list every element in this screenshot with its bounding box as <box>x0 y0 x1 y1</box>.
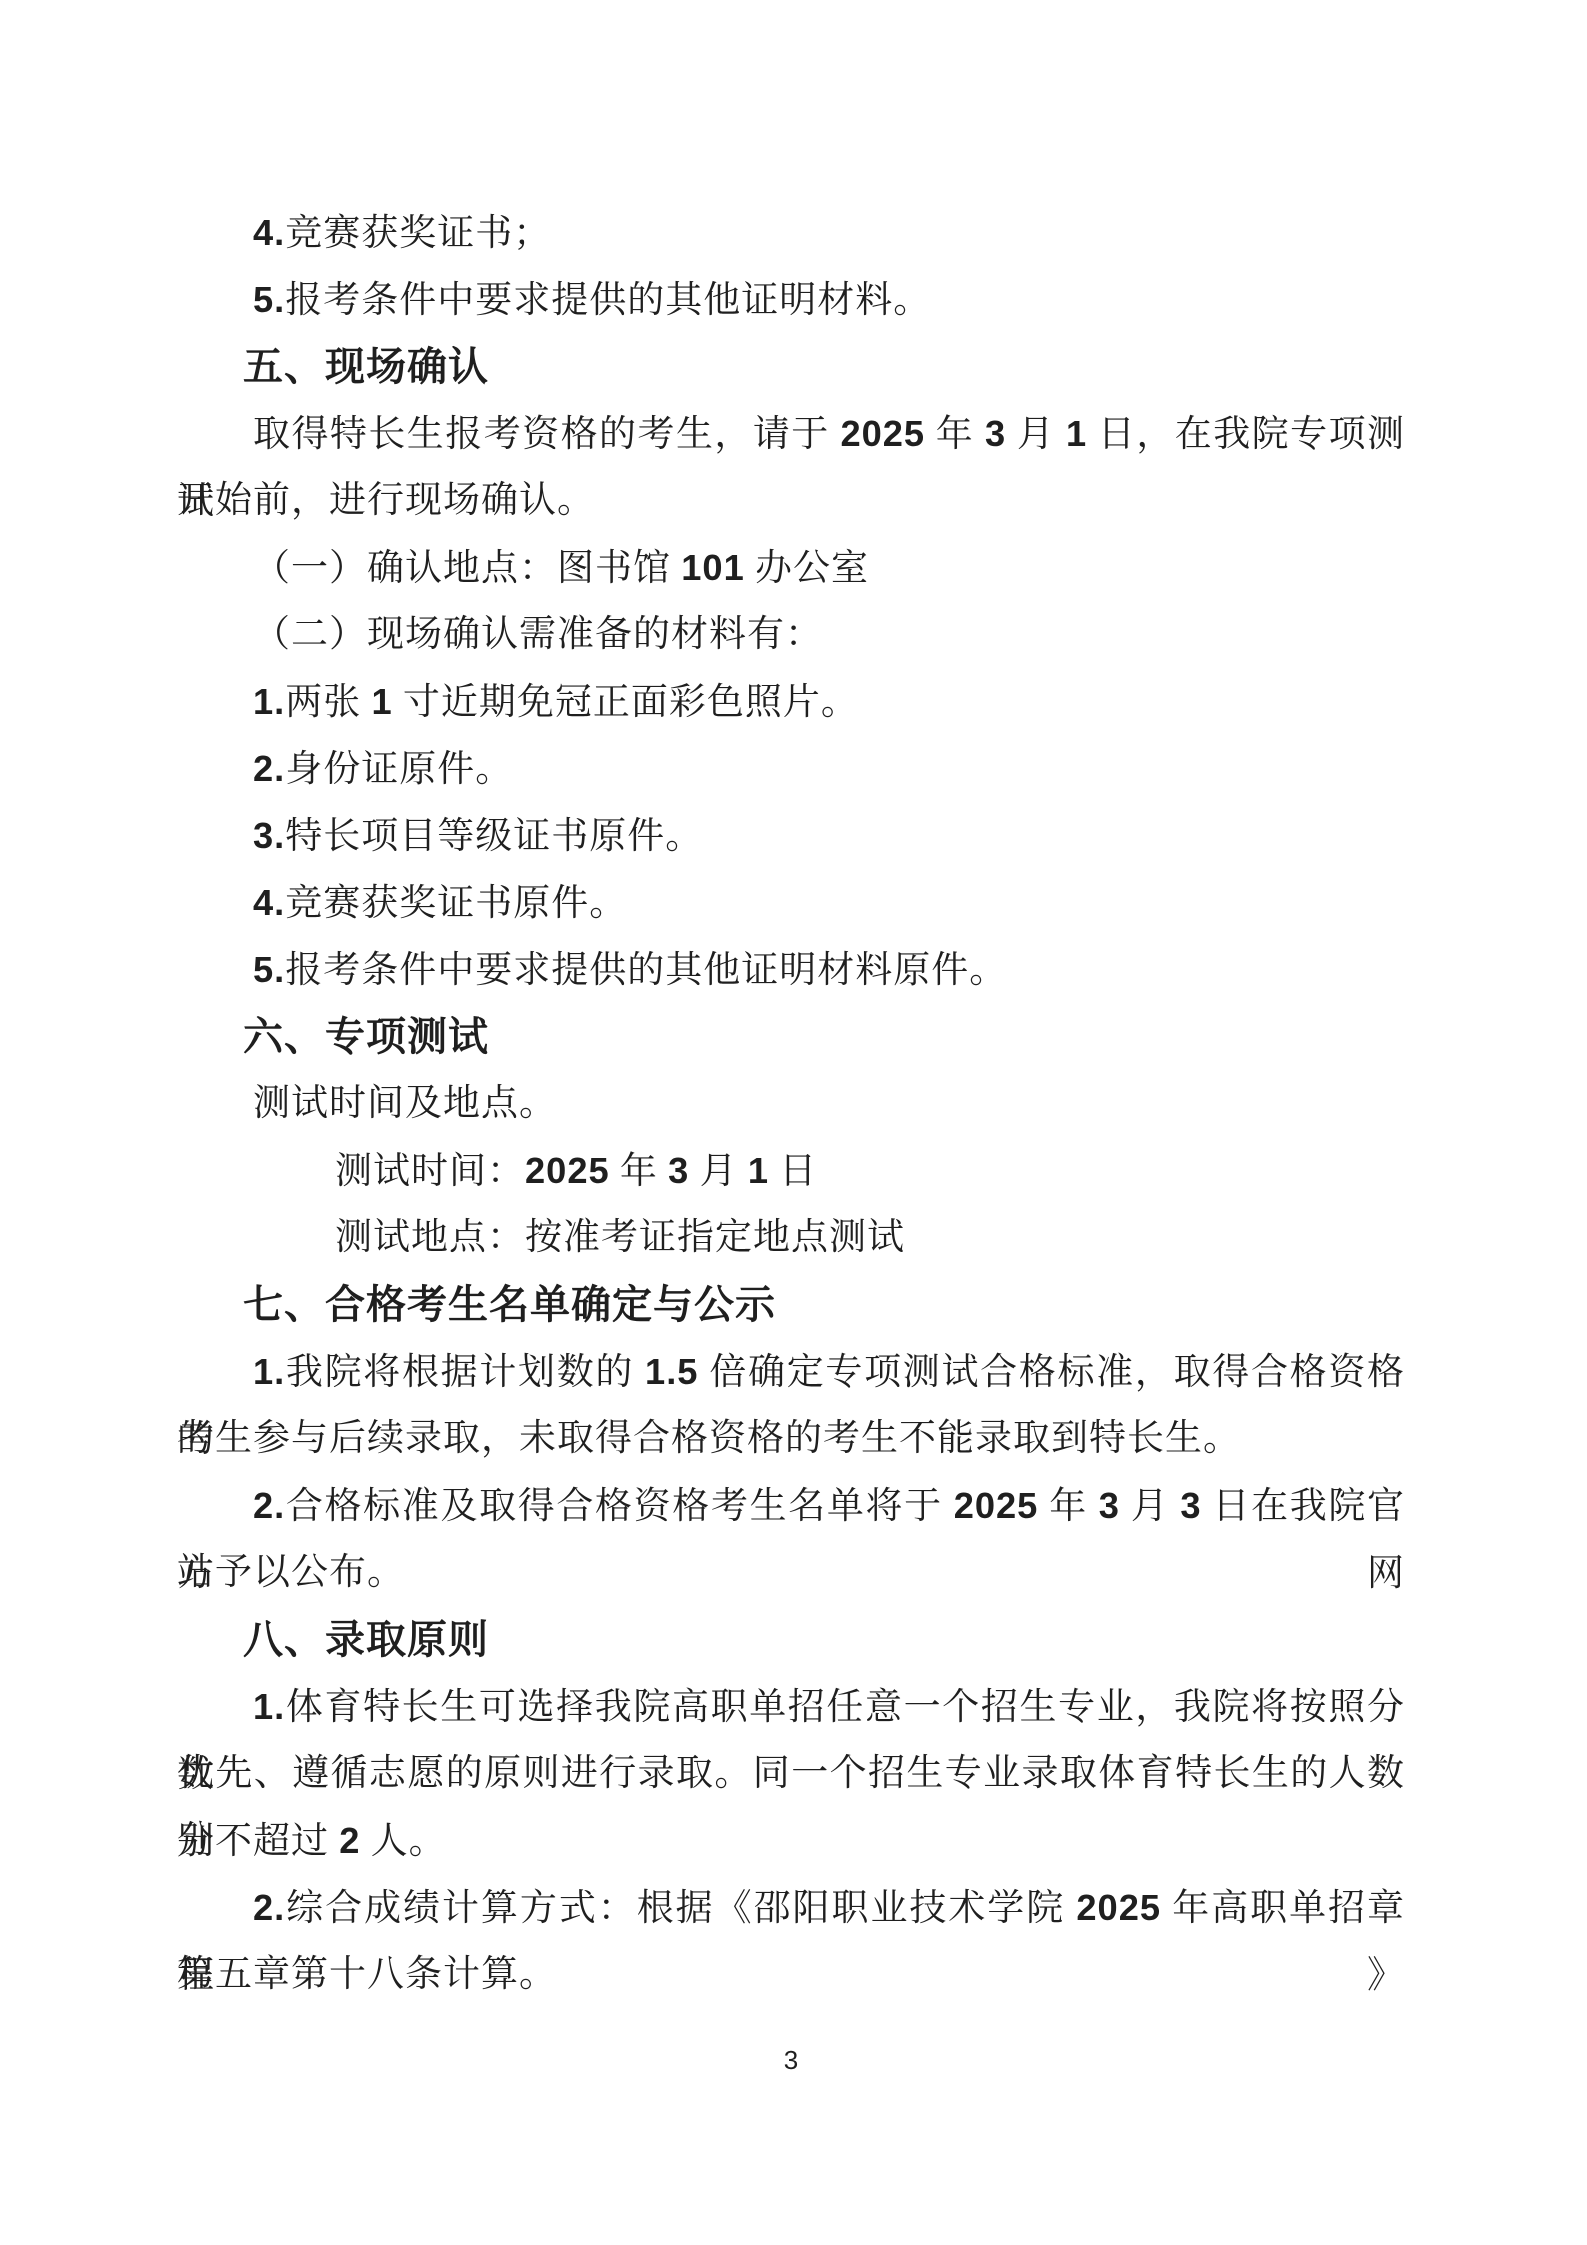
numeral: 3 <box>1180 1485 1201 1526</box>
text-line: 4.竞赛获奖证书； <box>177 199 1405 266</box>
text-line: 2.身份证原件。 <box>177 735 1405 802</box>
text-line: 取得特长生报考资格的考生，请于 2025 年 3 月 1 日，在我院专项测试 <box>177 400 1405 467</box>
numeral: 2025 <box>1076 1887 1161 1928</box>
text-line: 5.报考条件中要求提供的其他证明材料原件。 <box>177 936 1405 1003</box>
text-line: 5.报考条件中要求提供的其他证明材料。 <box>177 266 1405 333</box>
document-body: 4.竞赛获奖证书；5.报考条件中要求提供的其他证明材料。五、现场确认取得特长生报… <box>177 199 1405 2008</box>
text-line: 2.合格标准及取得合格资格考生名单将于 2025 年 3 月 3 日在我院官方网 <box>177 1472 1405 1539</box>
section-heading: 七、合格考生名单确定与公示 <box>177 1271 1405 1338</box>
numeral: 4. <box>253 212 285 253</box>
numeral: 1 <box>1066 413 1087 454</box>
text-line: （一）确认地点：图书馆 101 办公室 <box>177 534 1405 601</box>
document-page: 4.竞赛获奖证书；5.报考条件中要求提供的其他证明材料。五、现场确认取得特长生报… <box>0 0 1587 2245</box>
text-line: 开始前，进行现场确认。 <box>177 467 1405 534</box>
text-line: 优先、遵循志愿的原则进行录取。同一个招生专业录取体育特长生的人数分 <box>177 1740 1405 1807</box>
text-line: 测试时间：2025 年 3 月 1 日 <box>177 1137 1405 1204</box>
text-line: 1.我院将根据计划数的 1.5 倍确定专项测试合格标准，取得合格资格的 <box>177 1338 1405 1405</box>
text-line: 1.两张 1 寸近期免冠正面彩色照片。 <box>177 668 1405 735</box>
numeral: 1.5 <box>645 1351 698 1392</box>
numeral: 5. <box>253 949 285 990</box>
section-heading: 五、现场确认 <box>177 333 1405 400</box>
numeral: 2. <box>253 748 285 789</box>
text-line: 3.特长项目等级证书原件。 <box>177 802 1405 869</box>
text-line: 考生参与后续录取，未取得合格资格的考生不能录取到特长生。 <box>177 1405 1405 1472</box>
page-number: 3 <box>177 2040 1405 2080</box>
text-line: 测试地点：按准考证指定地点测试 <box>177 1204 1405 1271</box>
numeral: 2025 <box>840 413 925 454</box>
text-line: 4.竞赛获奖证书原件。 <box>177 869 1405 936</box>
numeral: 2. <box>253 1485 285 1526</box>
numeral: 1. <box>253 1351 285 1392</box>
numeral: 1. <box>253 1686 285 1727</box>
text-line: （二）现场确认需准备的材料有： <box>177 601 1405 668</box>
numeral: 1. <box>253 681 285 722</box>
numeral: 3 <box>1099 1485 1120 1526</box>
text-line: 2.综合成绩计算方式：根据《邵阳职业技术学院 2025 年高职单招章程》 <box>177 1874 1405 1941</box>
numeral: 2. <box>253 1887 285 1928</box>
numeral: 3 <box>985 413 1006 454</box>
numeral: 2025 <box>954 1485 1039 1526</box>
numeral: 101 <box>681 547 744 588</box>
section-heading: 八、录取原则 <box>177 1606 1405 1673</box>
numeral: 4. <box>253 882 285 923</box>
numeral: 1 <box>371 681 392 722</box>
text-line: 1.体育特长生可选择我院高职单招任意一个招生专业，我院将按照分数 <box>177 1673 1405 1740</box>
section-heading: 六、专项测试 <box>177 1003 1405 1070</box>
numeral: 3 <box>668 1150 689 1191</box>
text-line: 测试时间及地点。 <box>177 1070 1405 1137</box>
numeral: 2025 <box>525 1150 610 1191</box>
numeral: 3. <box>253 815 285 856</box>
numeral: 2 <box>339 1820 360 1861</box>
numeral: 1 <box>748 1150 769 1191</box>
numeral: 5. <box>253 279 285 320</box>
text-line: 别不超过 2 人。 <box>177 1807 1405 1874</box>
